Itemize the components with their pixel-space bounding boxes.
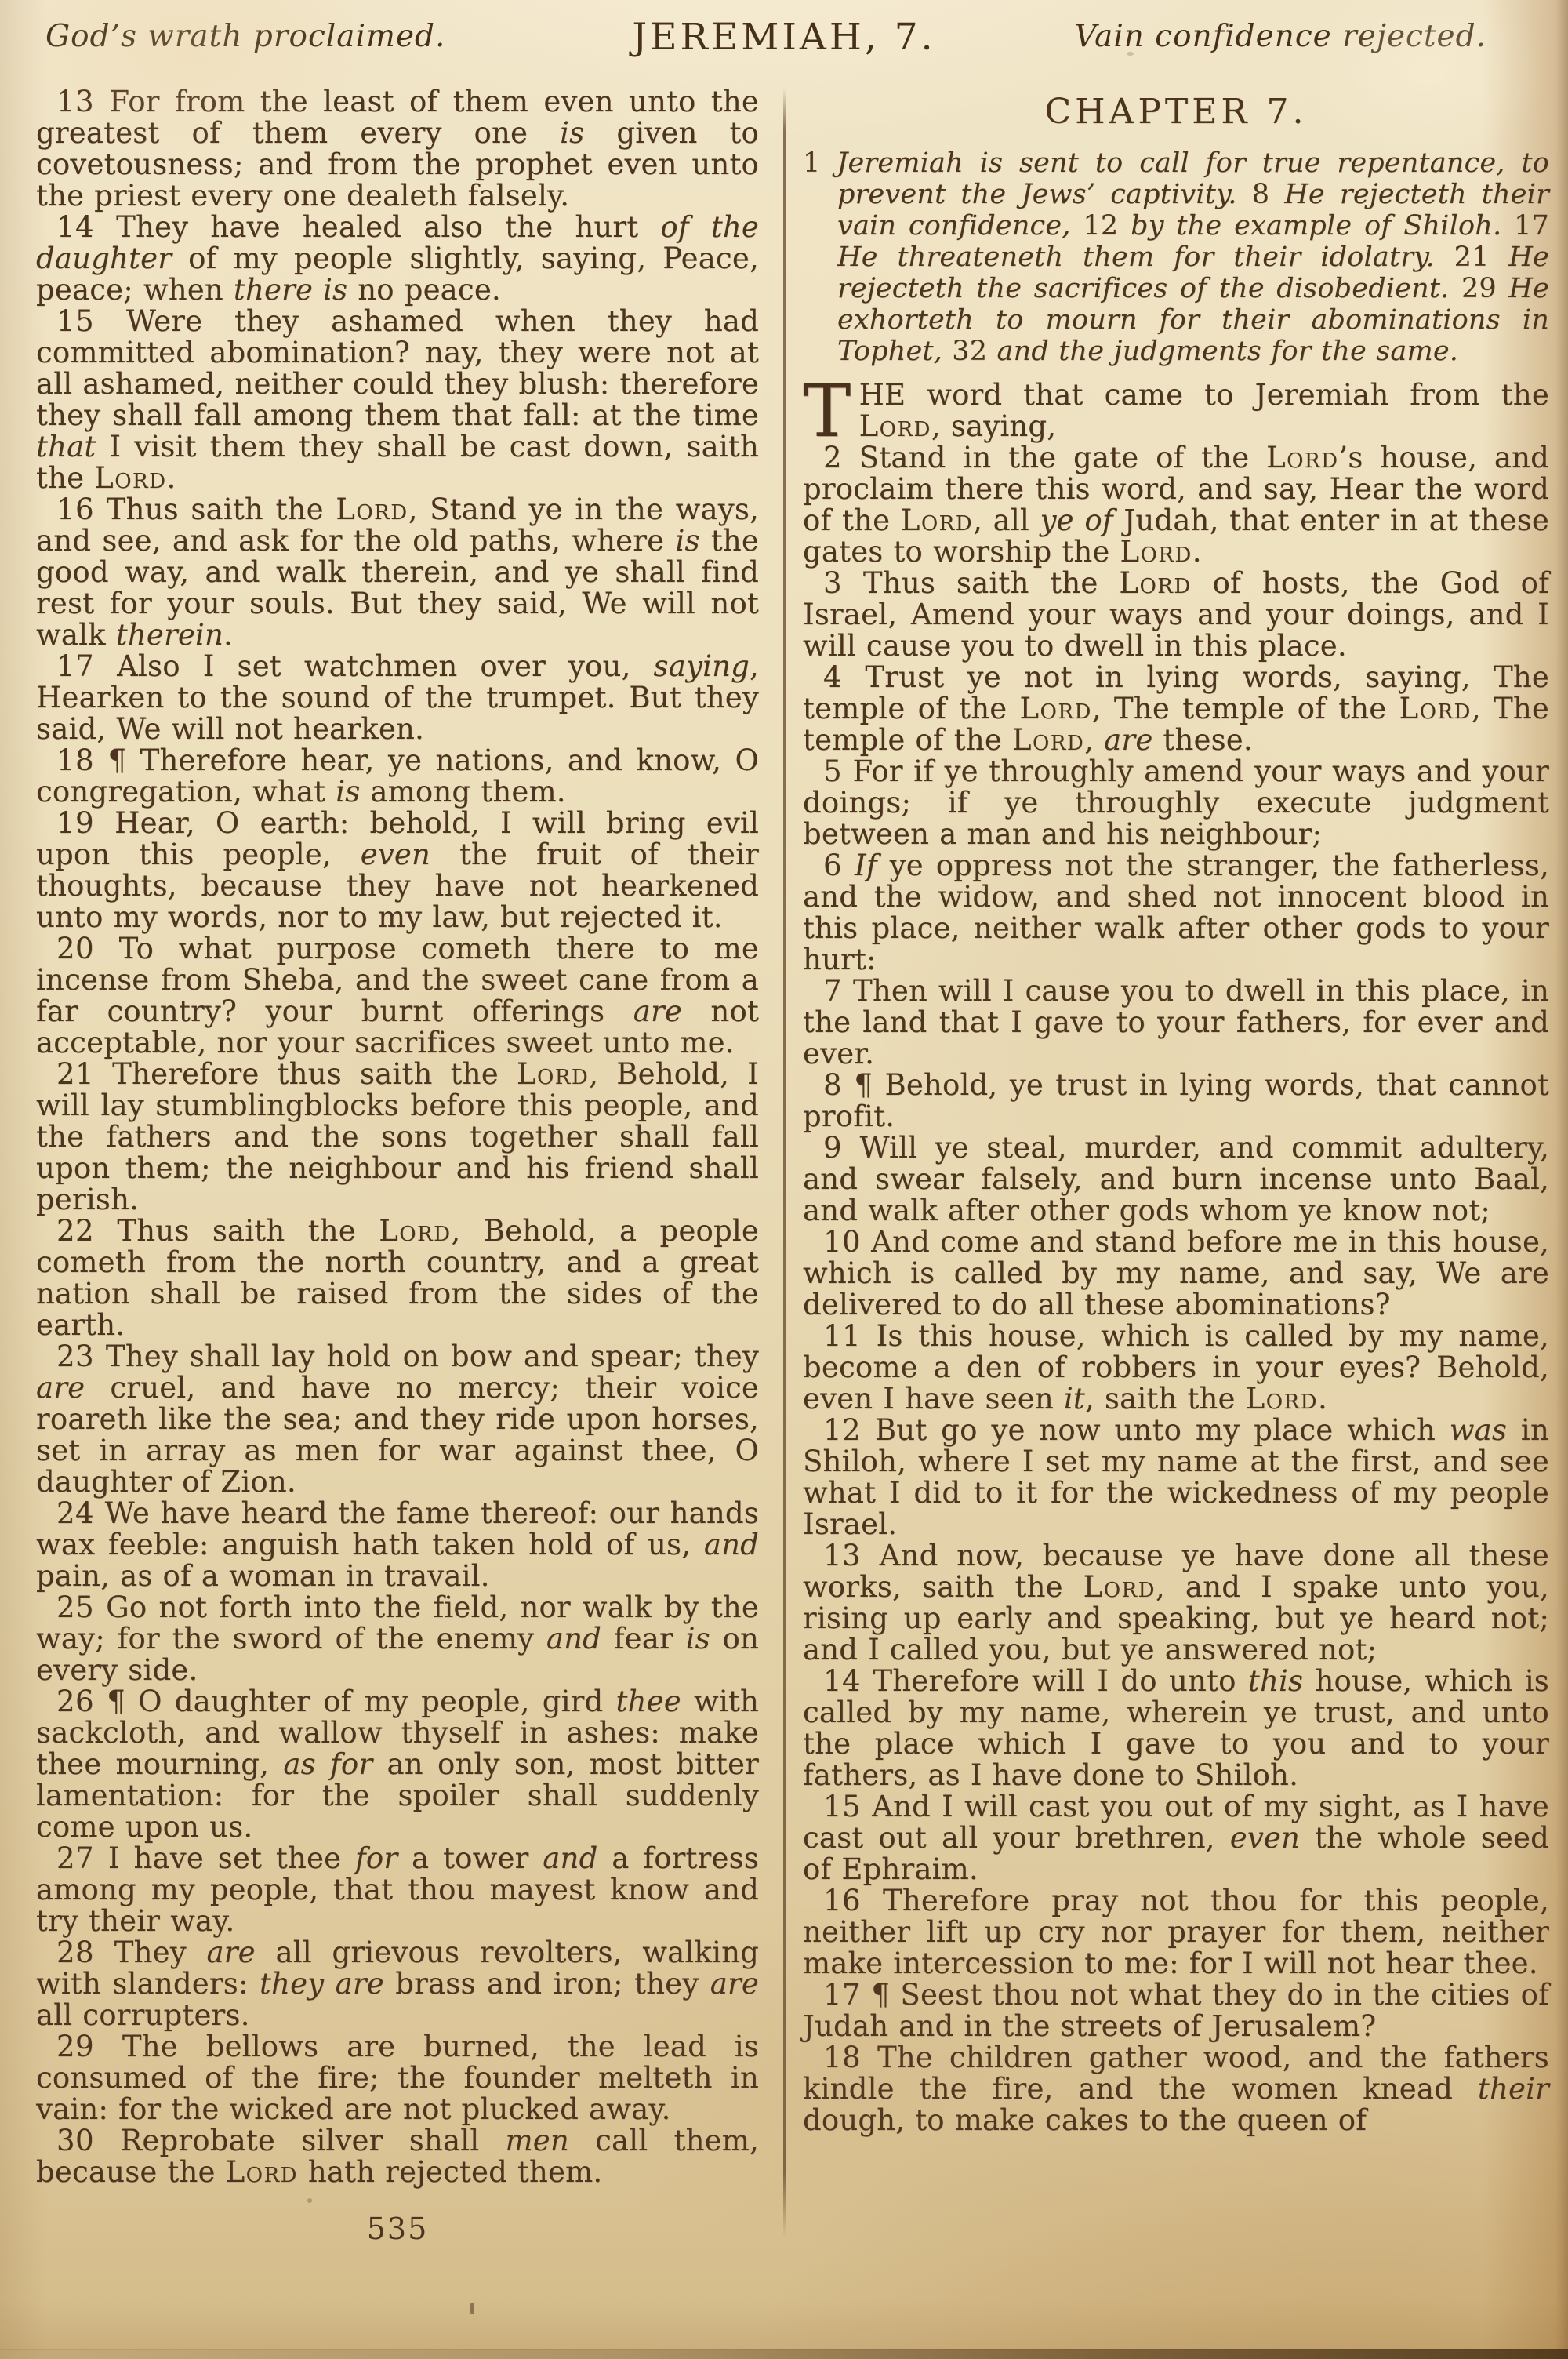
lord-smallcaps: Lord (379, 1214, 451, 1248)
verse-number: 6 (823, 849, 842, 882)
verse: 2 Stand in the gate of the Lord’s house,… (803, 442, 1549, 568)
verse-number: 27 (56, 1841, 94, 1875)
lord-smallcaps: Lord (1266, 441, 1338, 474)
lord-smallcaps: Lord (1083, 1570, 1156, 1604)
verse: 30 Reprobate silver shall men call them,… (36, 2125, 759, 2188)
right-column: CHAPTER 7. 1 Jeremiah is sent to call fo… (803, 86, 1549, 2136)
page-bottom-shadow (0, 2299, 1568, 2350)
verse: 28 They are all grievous revolters, walk… (36, 1937, 759, 2031)
verse-number: 17 (823, 1978, 861, 2012)
verse-number: 9 (823, 1131, 842, 1165)
verse: 7 Then will I cause you to dwell in this… (803, 976, 1549, 1070)
verse: 13 And now, because ye have done all the… (803, 1540, 1549, 1666)
verse-number: 28 (56, 1936, 94, 1969)
verse-number: 10 (823, 1225, 861, 1259)
verse-number: 7 (823, 974, 842, 1008)
page-number: 535 (36, 2212, 759, 2246)
verse-number: 3 (823, 566, 842, 600)
lord-smallcaps: Lord (1399, 692, 1472, 725)
chapter-heading: CHAPTER 7. (803, 93, 1549, 132)
chapter-summary: 1 Jeremiah is sent to call for true repe… (803, 147, 1549, 367)
lord-smallcaps: Lord (517, 1057, 589, 1091)
paper-speck (1127, 52, 1134, 56)
verse: 18 The children gather wood, and the fat… (803, 2042, 1549, 2136)
verse-number: 16 (823, 1884, 861, 1917)
verse-number: 30 (56, 2124, 94, 2157)
verse-number: 20 (56, 932, 94, 965)
lord-smallcaps: Lord (226, 2155, 298, 2189)
verse-number: 18 (823, 2041, 861, 2074)
verse-number: 25 (56, 1590, 94, 1624)
verse: 14 They have healed also the hurt of the… (36, 212, 759, 306)
verse: 16 Therefore pray not thou for this peop… (803, 1885, 1549, 1979)
verse: 13 For from the least of them even unto … (36, 86, 759, 212)
verse-number: 8 (823, 1068, 842, 1102)
lord-smallcaps: Lord (1119, 566, 1191, 600)
verse: 18 ¶ Therefore hear, ye nations, and kno… (36, 745, 759, 808)
verse: 19 Hear, O earth: behold, I will bring e… (36, 808, 759, 933)
verse-number: 18 (56, 743, 94, 777)
lord-smallcaps: Lord (1246, 1382, 1318, 1416)
verse: 8 ¶ Behold, ye trust in lying words, tha… (803, 1070, 1549, 1132)
verse: 22 Thus saith the Lord, Behold, a people… (36, 1216, 759, 1341)
verse-number: 5 (823, 754, 842, 788)
verse: 25 Go not forth into the field, nor walk… (36, 1592, 759, 1686)
verse: 23 They shall lay hold on bow and spear;… (36, 1341, 759, 1498)
verse: 3 Thus saith the Lord of hosts, the God … (803, 568, 1549, 662)
verse: 20 To what purpose cometh there to me in… (36, 933, 759, 1059)
lord-smallcaps: Lord (94, 461, 166, 495)
verse: 12 But go ye now unto my place which was… (803, 1415, 1549, 1540)
verse-number: 23 (56, 1339, 94, 1373)
verse-number: 4 (823, 660, 842, 694)
verse-number: 21 (56, 1057, 94, 1091)
verse: 17 ¶ Seest thou not what they do in the … (803, 1979, 1549, 2042)
running-head-right: Vain confidence rejected. (1074, 19, 1486, 54)
verse-number: 22 (56, 1214, 94, 1248)
verse: THE word that came to Jeremiah from the … (803, 380, 1549, 442)
verse: 5 For if ye throughly amend your ways an… (803, 756, 1549, 850)
verse-number: 14 (823, 1664, 861, 1698)
left-column: 13 For from the least of them even unto … (36, 86, 759, 2188)
verse: 10 And come and stand before me in this … (803, 1227, 1549, 1321)
right-column-verses: THE word that came to Jeremiah from the … (803, 380, 1549, 2136)
verse: 15 And I will cast you out of my sight, … (803, 1791, 1549, 1885)
verse-number: 11 (823, 1319, 861, 1353)
verse-number: 17 (56, 649, 94, 683)
verse-number: 15 (56, 304, 94, 338)
verse-number: 12 (823, 1413, 861, 1447)
verse: 21 Therefore thus saith the Lord, Behold… (36, 1059, 759, 1216)
lord-smallcaps: Lord (336, 493, 408, 526)
verse-number: 14 (56, 210, 94, 244)
lord-smallcaps: Lord (1012, 723, 1084, 757)
paper-speck (470, 2303, 474, 2314)
lord-smallcaps: Lord (1019, 692, 1091, 725)
drop-cap: T (803, 380, 859, 440)
verse-number: 15 (823, 1790, 861, 1823)
verse: 26 ¶ O daughter of my people, gird thee … (36, 1686, 759, 1843)
verse-number: 29 (56, 2030, 94, 2063)
verse: 4 Trust ye not in lying words, saying, T… (803, 662, 1549, 756)
verse: 27 I have set thee for a tower and a for… (36, 1843, 759, 1937)
verse: 9 Will ye steal, murder, and commit adul… (803, 1132, 1549, 1227)
column-divider-rule (783, 88, 786, 2237)
verse-number: 13 (823, 1539, 861, 1572)
verse-number: 16 (56, 493, 94, 526)
verse: 16 Thus saith the Lord, Stand ye in the … (36, 494, 759, 651)
page-bottom-edge (0, 2349, 1568, 2359)
scanned-bible-page: { "document": { "kind": "printed-bible-p… (0, 0, 1568, 2359)
verse: 6 If ye oppress not the stranger, the fa… (803, 850, 1549, 976)
lord-smallcaps: Lord (859, 409, 931, 443)
verse-number: 26 (56, 1685, 94, 1718)
verse-number: 2 (823, 441, 842, 474)
verse: 15 Were they ashamed when they had commi… (36, 306, 759, 494)
lord-smallcaps: Lord (1120, 535, 1192, 569)
verse: 14 Therefore will I do unto this house, … (803, 1666, 1549, 1791)
verse: 24 We have heard the fame thereof: our h… (36, 1498, 759, 1592)
verse-number: 24 (56, 1496, 94, 1530)
verse: 11 Is this house, which is called by my … (803, 1321, 1549, 1415)
verse-number: 13 (56, 85, 94, 118)
verse-number: 19 (56, 806, 94, 840)
lord-smallcaps: Lord (901, 503, 973, 537)
paper-speck (307, 2198, 312, 2203)
verse: 17 Also I set watchmen over you, saying,… (36, 651, 759, 745)
verse: 29 The bellows are burned, the lead is c… (36, 2031, 759, 2125)
